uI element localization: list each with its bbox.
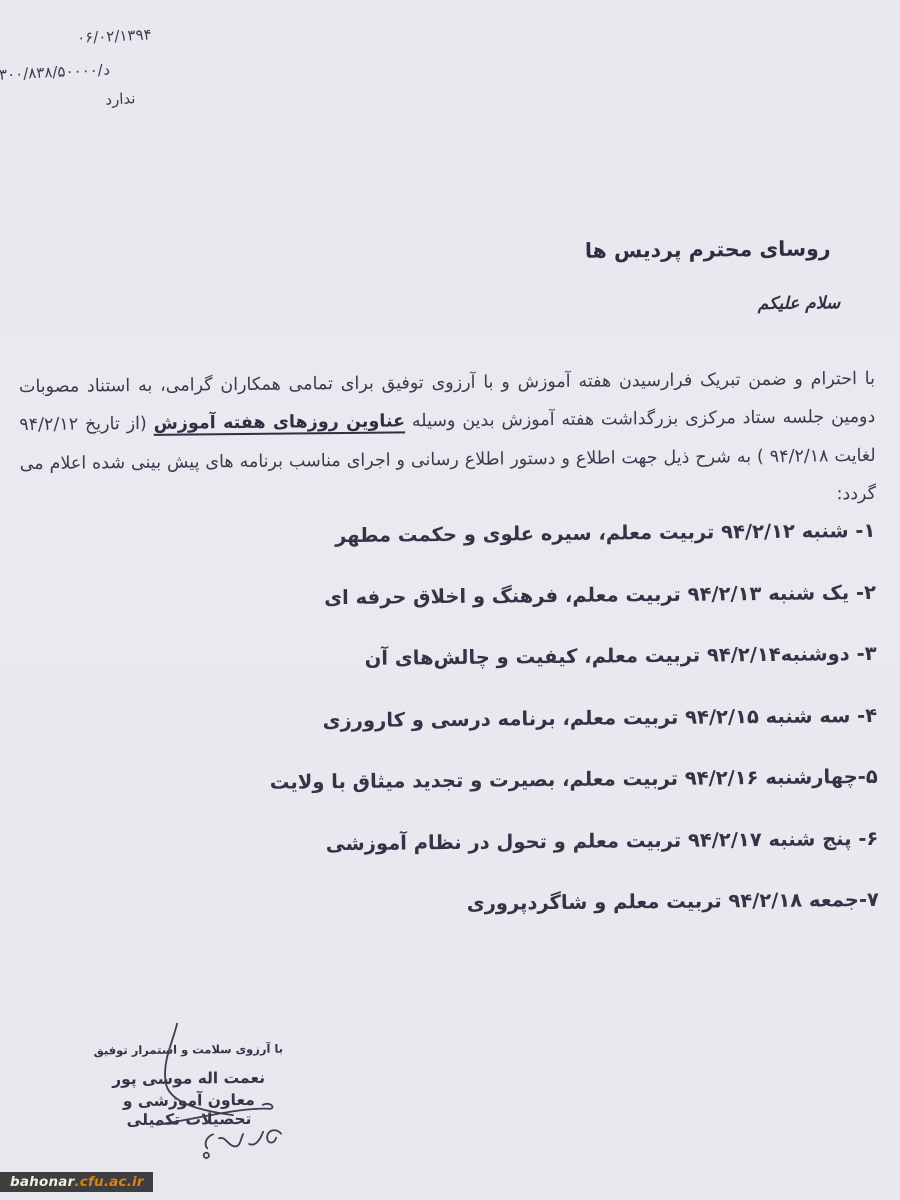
site-watermark-badge: bahonar.cfu.ac.ir bbox=[0, 1172, 153, 1192]
scanned-letter-page: ۰۶/۰۲/۱۳۹۴ ۳۰۰/۸۳۸/۵۰۰۰۰/د ندارد روسای م… bbox=[0, 0, 900, 1200]
letter-number-main: ۳۰۰/۸۳۸/۵۰۰۰۰ bbox=[0, 60, 98, 85]
salutation-line: سلام علیکم bbox=[758, 293, 841, 314]
letter-attachment-status: ندارد bbox=[0, 86, 179, 115]
recipient-line: روسای محترم پردیس ها bbox=[585, 236, 831, 262]
letter-date: ۰۶/۰۲/۱۳۹۴ bbox=[0, 23, 176, 52]
schedule-item-saturday: ۱- شنبه ۹۴/۲/۱۲ تربیت معلم، سیره علوی و … bbox=[119, 512, 875, 557]
schedule-item-monday: ۳- دوشنبه۹۴/۲/۱۴ تربیت معلم، کیفیت و چال… bbox=[120, 635, 876, 680]
site-watermark-suffix: .cfu.ac.ir bbox=[74, 1174, 143, 1190]
letter-content: ۰۶/۰۲/۱۳۹۴ ۳۰۰/۸۳۸/۵۰۰۰۰/د ندارد روسای م… bbox=[0, 0, 900, 1200]
schedule-item-friday: ۷-جمعه ۹۴/۲/۱۸ تربیت معلم و شاگردپروری bbox=[123, 881, 879, 926]
body-text-highlight: عناوین روزهای هفته آموزش bbox=[154, 411, 406, 433]
schedule-item-thursday: ۶- پنج شنبه ۹۴/۲/۱۷ تربیت معلم و تحول در… bbox=[122, 819, 878, 864]
handwritten-signature-icon bbox=[142, 1005, 314, 1172]
letter-header-block: ۰۶/۰۲/۱۳۹۴ ۳۰۰/۸۳۸/۵۰۰۰۰/د ندارد bbox=[0, 23, 179, 114]
letter-number: ۳۰۰/۸۳۸/۵۰۰۰۰/د bbox=[0, 56, 177, 85]
site-watermark-prefix: bahonar bbox=[10, 1174, 74, 1190]
schedule-item-tuesday: ۴- سه شنبه ۹۴/۲/۱۵ تربیت معلم، برنامه در… bbox=[121, 696, 877, 741]
schedule-item-sunday: ۲- یک شنبه ۹۴/۲/۱۳ تربیت معلم، فرهنگ و ا… bbox=[120, 573, 876, 618]
schedule-item-wednesday: ۵-چهارشنبه ۹۴/۲/۱۶ تربیت معلم، بصیرت و ت… bbox=[122, 758, 878, 803]
body-paragraph: با احترام و ضمن تبریک فرارسیدن هفته آموز… bbox=[19, 359, 876, 521]
week-schedule-list: ۱- شنبه ۹۴/۲/۱۲ تربیت معلم، سیره علوی و … bbox=[119, 512, 879, 926]
letter-number-suffix: د bbox=[103, 59, 111, 79]
